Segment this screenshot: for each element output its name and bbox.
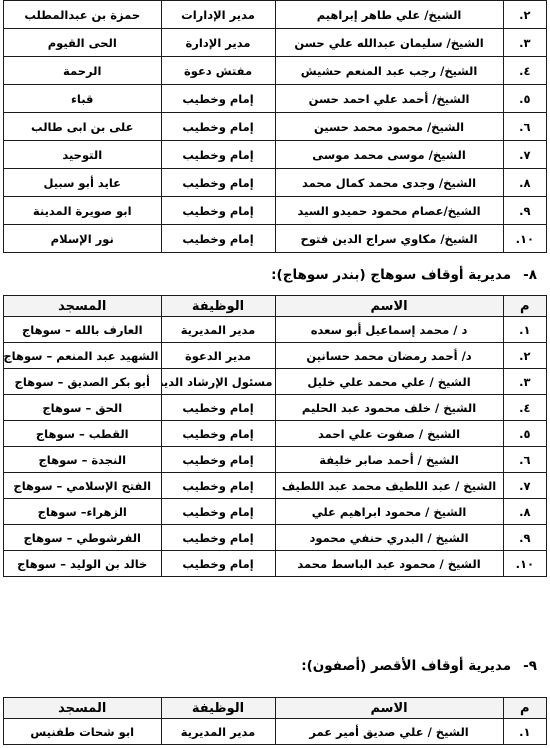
cell-name: الشيخ/ مكاوي سراج الدين فتوح	[275, 225, 503, 253]
cell-num: ١.	[503, 719, 546, 745]
table-row: ٤.الشيخ/ رجب عبد المنعم حشيشمفتش دعوةالر…	[4, 57, 547, 85]
column-header-num: م	[503, 296, 546, 317]
cell-mosque: النجدة – سوهاج	[4, 447, 162, 473]
cell-name: د / محمد إسماعيل أبو سعده	[275, 317, 503, 343]
cell-num: ٨.	[503, 499, 546, 525]
cell-num: ٧.	[503, 141, 546, 169]
table-row: ١٠.الشيخ/ مكاوي سراج الدين فتوحإمام وخطي…	[4, 225, 547, 253]
cell-name: الشيخ / محمود عبد الباسط محمد	[275, 551, 503, 577]
cell-mosque: التوحيد	[4, 141, 162, 169]
cell-mosque: عايد أبو سبيل	[4, 169, 162, 197]
table-row: ٢.الشيخ/ علي طاهر إبراهيممدير الإداراتحم…	[4, 1, 547, 29]
cell-job: إمام وخطيب	[161, 141, 275, 169]
section-9-number: ٩-	[523, 655, 537, 677]
cell-mosque: الزهراء– سوهاج	[4, 499, 162, 525]
cell-job: مدير المديرية	[161, 317, 275, 343]
cell-job: إمام وخطيب	[161, 473, 275, 499]
column-header-job: الوظيفة	[161, 296, 275, 317]
header-row: م الاسم الوظيفة المسجد	[4, 296, 547, 317]
cell-name: الشيخ / أحمد صابر خليفة	[275, 447, 503, 473]
table-row: ١.د / محمد إسماعيل أبو سعدهمدير المديرية…	[4, 317, 547, 343]
table-body: ٢.الشيخ/ علي طاهر إبراهيممدير الإداراتحم…	[4, 1, 547, 253]
cell-mosque: حمزة بن عبدالمطلب	[4, 1, 162, 29]
table-row: ٥.الشيخ/ أحمد علي احمد حسنإمام وخطيبقباء	[4, 85, 547, 113]
cell-job: إمام وخطيب	[161, 85, 275, 113]
cell-name: الشيخ/ سليمان عبدالله علي حسن	[275, 29, 503, 57]
cell-name: الشيخ/ أحمد علي احمد حسن	[275, 85, 503, 113]
cell-mosque: على بن ابى طالب	[4, 113, 162, 141]
cell-name: الشيخ/ محمود محمد حسين	[275, 113, 503, 141]
table-row: ٢.د/ أحمد رمضان محمد حسانينمدير الدعوةال…	[4, 343, 547, 369]
table-row: ٤.الشيخ / خلف محمود عبد الحليمإمام وخطيب…	[4, 395, 547, 421]
cell-mosque: قباء	[4, 85, 162, 113]
cell-name: الشيخ/ وجدى محمد كمال محمد	[275, 169, 503, 197]
table-row: ١٠.الشيخ / محمود عبد الباسط محمدإمام وخط…	[4, 551, 547, 577]
cell-name: الشيخ / علي محمد علي خليل	[275, 369, 503, 395]
cell-mosque: القطب – سوهاج	[4, 421, 162, 447]
cell-name: د/ أحمد رمضان محمد حسانين	[275, 343, 503, 369]
cell-mosque: الحق – سوهاج	[4, 395, 162, 421]
cell-num: ٤.	[503, 57, 546, 85]
cell-job: مدير الدعوة	[161, 343, 275, 369]
cell-num: ١٠.	[503, 551, 546, 577]
cell-name: الشيخ / صفوت علي احمد	[275, 421, 503, 447]
cell-mosque: الحى القيوم	[4, 29, 162, 57]
column-header-mosque: المسجد	[4, 296, 162, 317]
cell-job: مدير المديرية	[161, 719, 275, 745]
cell-num: ٩.	[503, 197, 546, 225]
table-row: ٨.الشيخ/ وجدى محمد كمال محمدإمام وخطيبعا…	[4, 169, 547, 197]
table-row: ٦.الشيخ / أحمد صابر خليفةإمام وخطيبالنجد…	[4, 447, 547, 473]
cell-num: ٦.	[503, 447, 546, 473]
column-header-name: الاسم	[275, 296, 503, 317]
column-header-job: الوظيفة	[161, 698, 275, 719]
cell-job: إمام وخطيب	[161, 169, 275, 197]
cell-job: إمام وخطيب	[161, 551, 275, 577]
roster-table-continued: ٢.الشيخ/ علي طاهر إبراهيممدير الإداراتحم…	[3, 0, 547, 253]
cell-num: ٧.	[503, 473, 546, 499]
cell-name: الشيخ / عبد اللطيف محمد عبد اللطيف	[275, 473, 503, 499]
table-header: م الاسم الوظيفة المسجد	[4, 296, 547, 317]
cell-name: الشيخ/ رجب عبد المنعم حشيش	[275, 57, 503, 85]
cell-num: ٩.	[503, 525, 546, 551]
cell-name: الشيخ/ علي طاهر إبراهيم	[275, 1, 503, 29]
table-row: ٧.الشيخ/ موسى محمد موسىإمام وخطيبالتوحيد	[4, 141, 547, 169]
cell-num: ٥.	[503, 421, 546, 447]
cell-job: مدير الإدارة	[161, 29, 275, 57]
cell-num: ٣.	[503, 369, 546, 395]
header-row: م الاسم الوظيفة المسجد	[4, 698, 547, 719]
section-8-title: مديرية أوقاف سوهاج (بندر سوهاج):	[271, 264, 511, 286]
column-header-num: م	[503, 698, 546, 719]
cell-mosque: ابو شحات طفنيس	[4, 719, 162, 745]
cell-job: إمام وخطيب	[161, 395, 275, 421]
cell-name: الشيخ/عصام محمود حميدو السيد	[275, 197, 503, 225]
cell-job: إمام وخطيب	[161, 225, 275, 253]
section-heading-9: ٩- مديرية أوقاف الأقصر (أصفون):	[3, 655, 547, 677]
cell-mosque: نور الإسلام	[4, 225, 162, 253]
section-8-number: ٨-	[523, 264, 537, 286]
cell-num: ١.	[503, 317, 546, 343]
cell-num: ٦.	[503, 113, 546, 141]
cell-name: الشيخ / البدري حنفي محمود	[275, 525, 503, 551]
cell-mosque: خالد بن الوليد – سوهاج	[4, 551, 162, 577]
cell-job: مسئول الإرشاد الديني	[161, 369, 275, 395]
table-body: ١.د / محمد إسماعيل أبو سعدهمدير المديرية…	[4, 317, 547, 577]
cell-name: الشيخ / علي صديق أمير عمر	[275, 719, 503, 745]
cell-job: إمام وخطيب	[161, 525, 275, 551]
cell-mosque: الرحمة	[4, 57, 162, 85]
cell-num: ٥.	[503, 85, 546, 113]
cell-job: إمام وخطيب	[161, 113, 275, 141]
cell-mosque: العارف بالله – سوهاج	[4, 317, 162, 343]
cell-job: مدير الإدارات	[161, 1, 275, 29]
cell-num: ٤.	[503, 395, 546, 421]
cell-num: ٢.	[503, 343, 546, 369]
cell-num: ٢.	[503, 1, 546, 29]
table-row: ٣.الشيخ / علي محمد علي خليلمسئول الإرشاد…	[4, 369, 547, 395]
document-page: ٢.الشيخ/ علي طاهر إبراهيممدير الإداراتحم…	[3, 0, 547, 745]
table-row: ٩.الشيخ / البدري حنفي محمودإمام وخطيبالف…	[4, 525, 547, 551]
cell-mosque: الفرشوطي – سوهاج	[4, 525, 162, 551]
table-header: م الاسم الوظيفة المسجد	[4, 698, 547, 719]
table-row: ٨.الشيخ / محمود ابراهيم عليإمام وخطيبالز…	[4, 499, 547, 525]
section-heading-8: ٨- مديرية أوقاف سوهاج (بندر سوهاج):	[3, 264, 547, 286]
cell-num: ٨.	[503, 169, 546, 197]
cell-job: مفتش دعوة	[161, 57, 275, 85]
cell-name: الشيخ/ موسى محمد موسى	[275, 141, 503, 169]
cell-job: إمام وخطيب	[161, 499, 275, 525]
table-row: ٦.الشيخ/ محمود محمد حسينإمام وخطيبعلى بن…	[4, 113, 547, 141]
cell-num: ٣.	[503, 29, 546, 57]
cell-name: الشيخ / محمود ابراهيم علي	[275, 499, 503, 525]
table-body: ١.الشيخ / علي صديق أمير عمرمدير المديرية…	[4, 719, 547, 745]
section-9-title: مديرية أوقاف الأقصر (أصفون):	[301, 655, 511, 677]
cell-job: إمام وخطيب	[161, 421, 275, 447]
column-header-mosque: المسجد	[4, 698, 162, 719]
table-row: ٩.الشيخ/عصام محمود حميدو السيدإمام وخطيب…	[4, 197, 547, 225]
column-header-name: الاسم	[275, 698, 503, 719]
cell-mosque: الفتح الإسلامي – سوهاج	[4, 473, 162, 499]
table-row: ٣.الشيخ/ سليمان عبدالله علي حسنمدير الإد…	[4, 29, 547, 57]
roster-table-luxor: م الاسم الوظيفة المسجد ١.الشيخ / علي صدي…	[3, 697, 547, 745]
table-row: ١.الشيخ / علي صديق أمير عمرمدير المديرية…	[4, 719, 547, 745]
cell-mosque: أبو بكر الصديق – سوهاج	[4, 369, 162, 395]
table-row: ٧.الشيخ / عبد اللطيف محمد عبد اللطيفإمام…	[4, 473, 547, 499]
cell-mosque: ابو صويرة المدينة	[4, 197, 162, 225]
cell-mosque: الشهيد عبد المنعم – سوهاج	[4, 343, 162, 369]
cell-name: الشيخ / خلف محمود عبد الحليم	[275, 395, 503, 421]
cell-job: إمام وخطيب	[161, 447, 275, 473]
cell-num: ١٠.	[503, 225, 546, 253]
roster-table-sohag: م الاسم الوظيفة المسجد ١.د / محمد إسماعي…	[3, 295, 547, 577]
cell-job: إمام وخطيب	[161, 197, 275, 225]
table-row: ٥.الشيخ / صفوت علي احمدإمام وخطيبالقطب –…	[4, 421, 547, 447]
